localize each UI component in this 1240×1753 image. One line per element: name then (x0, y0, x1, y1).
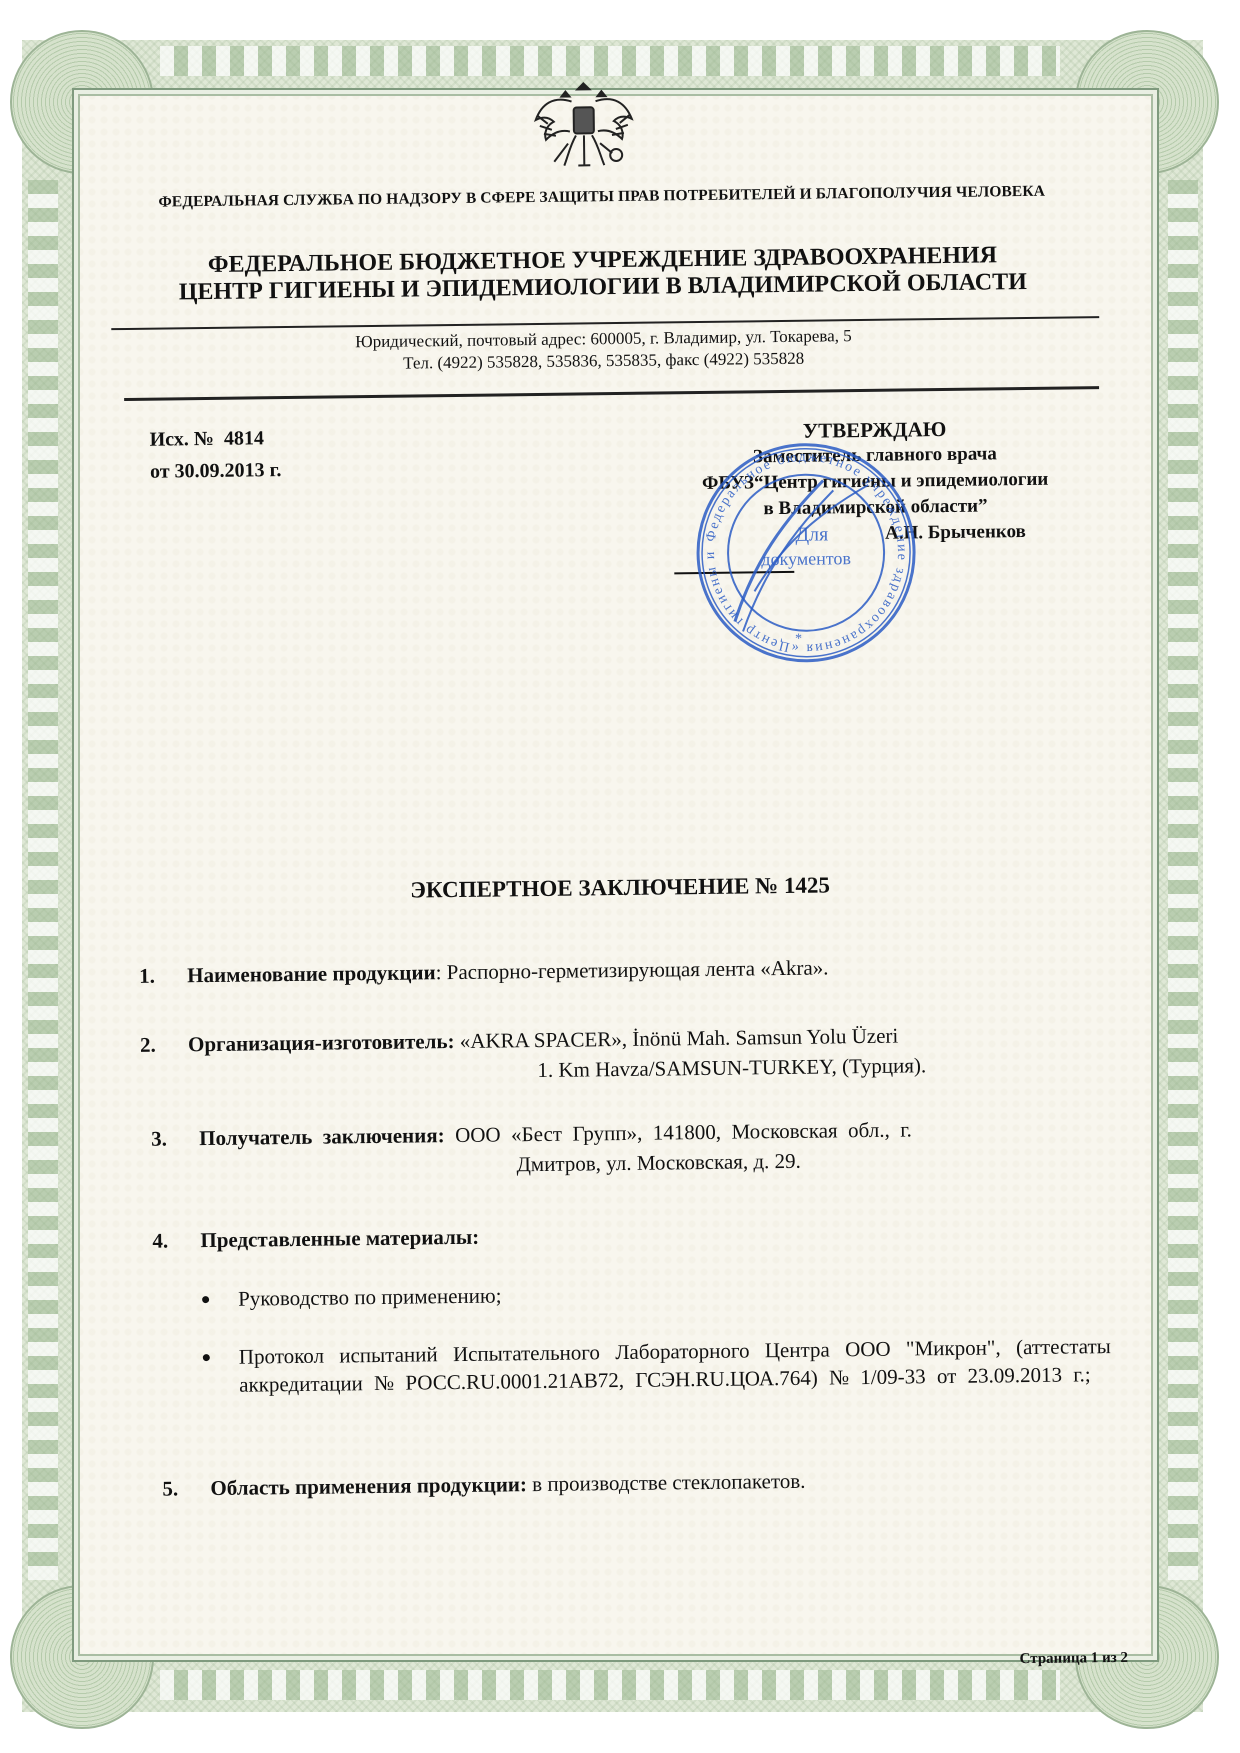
stamp-center-line-2: документов (761, 548, 851, 569)
item-separator (444, 1123, 455, 1147)
materials-list: Руководство по применению; Протокол испы… (200, 1274, 1112, 1426)
item-number: 1. (139, 961, 155, 991)
stamp-star: * (795, 632, 802, 647)
outgoing-number: Исх. № 4814 (149, 422, 281, 456)
signature-line (674, 571, 794, 574)
item-recipient-continued: Дмитров, ул. Московская, д. 29. (516, 1146, 801, 1179)
item-label: Организация-изготовитель: (188, 1029, 455, 1056)
outgoing-reference: Исх. № 4814 от 30.09.2013 г. (149, 422, 281, 488)
approval-block: УТВЕРЖДАЮ Заместитель главного врача ФБУ… (634, 414, 1116, 550)
material-item: Руководство по применению; (200, 1274, 1110, 1313)
item-manufacturer-continued: 1. Km Havza/SAMSUN-TURKEY, (Турция). (537, 1050, 926, 1085)
item-submitted-materials: 4. Представленные материалы: (152, 1214, 1112, 1256)
item-label: Представленные материалы: (200, 1225, 479, 1252)
item-value: Распорно-герметизирующая лента «Akra». (447, 955, 829, 984)
signer-name: А.Н. Брыченков (636, 518, 1116, 550)
institution-name: ФЕДЕРАЛЬНОЕ БЮДЖЕТНОЕ УЧРЕЖДЕНИЕ ЗДРАВОО… (112, 241, 1093, 307)
item-number: 3. (151, 1124, 167, 1154)
item-label: Наименование продукции (187, 960, 436, 987)
agency-name: ФЕДЕРАЛЬНАЯ СЛУЖБА ПО НАДЗОРУ В СФЕРЕ ЗА… (122, 182, 1082, 212)
double-headed-eagle-emblem-icon (523, 75, 644, 176)
item-application-area: 5. Область применения продукции: в произ… (162, 1462, 1122, 1504)
item-product-name: 1. Наименование продукции: Распорно-герм… (139, 949, 1099, 991)
material-item: Протокол испытаний Испытательного Лабора… (201, 1332, 1112, 1399)
item-label: Область применения продукции: (210, 1472, 527, 1500)
item-value: ООО «Бест Групп», 141800, Московская обл… (455, 1117, 912, 1147)
item-label: Получатель заключения: (199, 1123, 445, 1150)
item-separator: : (435, 960, 446, 984)
item-number: 2. (140, 1030, 156, 1060)
item-value: в производстве стеклопакетов. (532, 1469, 806, 1496)
page-number: Страница 1 из 2 (1020, 1650, 1129, 1668)
item-value: «AKRA SPACER», İnönü Mah. Samsun Yolu Üz… (460, 1024, 899, 1053)
document-title: ЭКСПЕРТНОЕ ЗАКЛЮЧЕНИЕ № 1425 (120, 869, 1120, 907)
header-bottom-divider (124, 386, 1099, 401)
contact-block: Юридический, почтовый адрес: 600005, г. … (113, 322, 1093, 378)
document-content: ФЕДЕРАЛЬНАЯ СЛУЖБА ПО НАДЗОРУ В СФЕРЕ ЗА… (0, 0, 1240, 1753)
item-number: 5. (162, 1473, 178, 1503)
outgoing-date: от 30.09.2013 г. (150, 454, 282, 488)
item-number: 4. (152, 1226, 168, 1256)
